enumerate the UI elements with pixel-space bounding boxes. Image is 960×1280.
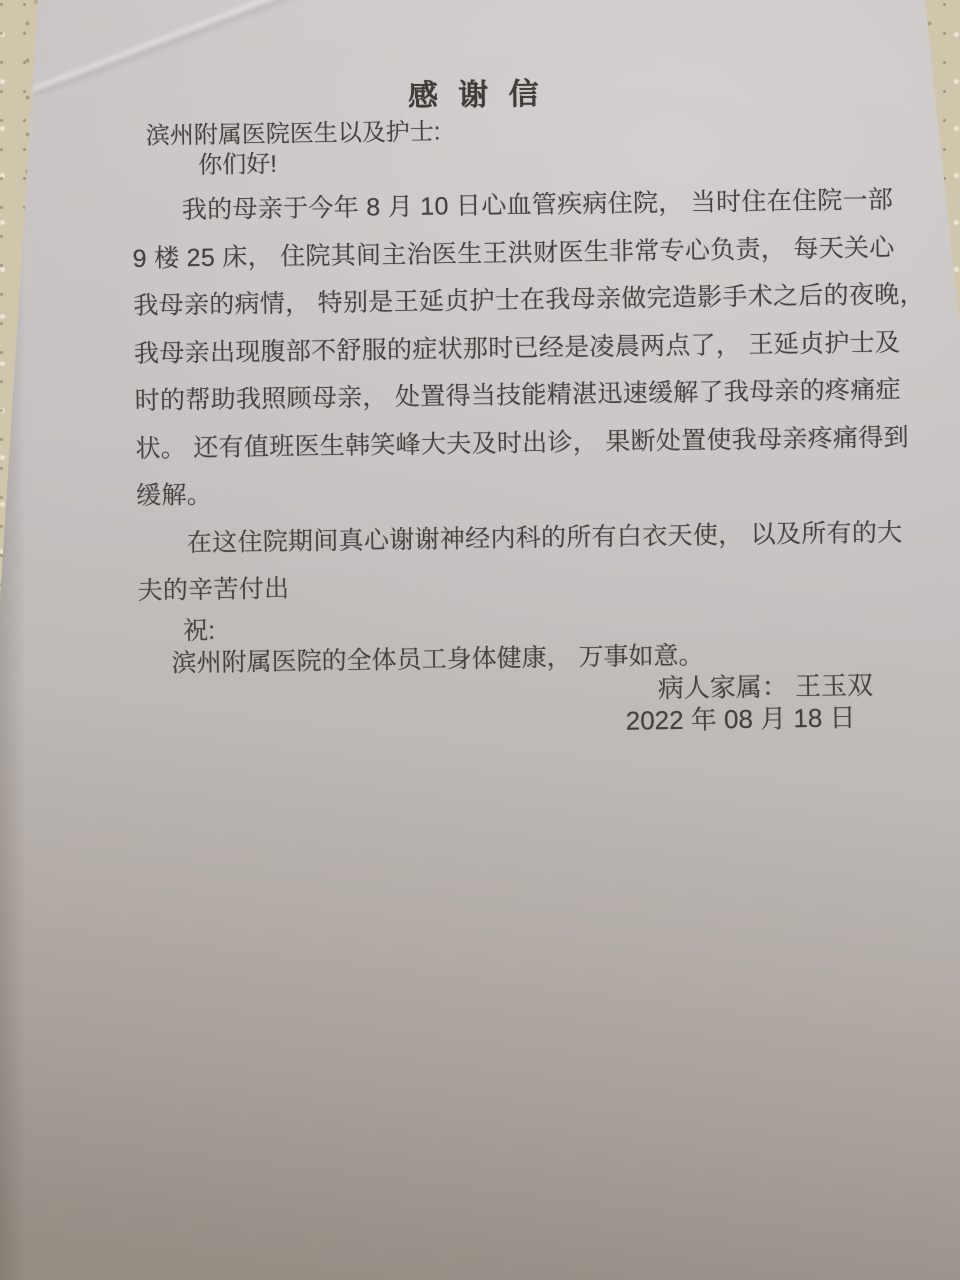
letter-content: 感 谢 信 滨州附属医院医生以及护士: 你们好! 我的母亲于今年 8 月 10 …: [130, 69, 888, 744]
letter-paper: 感 谢 信 滨州附属医院医生以及护士: 你们好! 我的母亲于今年 8 月 10 …: [0, 0, 960, 1280]
letter-body: 我的母亲于今年 8 月 10 日心血管疾病住院， 当时住在住院一部 9 楼 25…: [132, 177, 886, 616]
